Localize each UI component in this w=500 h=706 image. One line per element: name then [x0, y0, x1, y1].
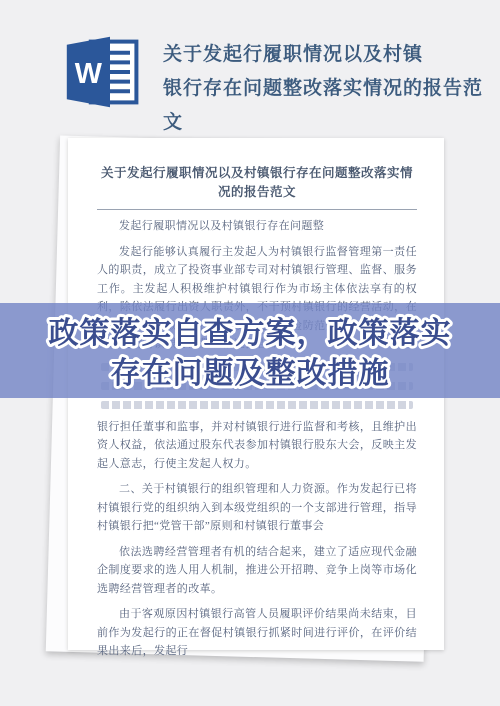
word-icon[interactable]: W — [62, 32, 142, 112]
headline-overlay-banner: 政策落实自查方案，政策落实 存在问题及整改措施 — [0, 303, 500, 398]
document-title: 关于发起行履职情况以及村镇银行存在问题整改落实情 况的报告范文 — [97, 164, 417, 202]
header-title-line1: 关于发起行履职情况以及村镇 — [163, 38, 498, 72]
title-divider — [97, 209, 417, 210]
obscured-line — [101, 401, 413, 409]
header-title[interactable]: 关于发起行履职情况以及村镇 银行存在问题整改落实情况的报告范文 — [163, 38, 498, 140]
word-icon-letter: W — [75, 58, 103, 90]
paragraph-lead: 发起行履职情况以及村镇银行存在问题整 — [97, 217, 417, 236]
paragraph-supervision: 银行担任董事和监事，并对村镇银行进行监督和考核，且维护出资人权益，依法通过股东代… — [97, 418, 417, 474]
header-title-line2: 银行存在问题整改落实情况的报告范文 — [163, 72, 498, 140]
paragraph-organization: 二、关于村镇银行的组织管理和人力资源。作为发起行已将村镇银行党的组织纳入到本级党… — [97, 480, 417, 536]
header: W 关于发起行履职情况以及村镇 银行存在问题整改落实情况的报告范文 — [0, 0, 500, 138]
overlay-headline-line2: 存在问题及整改措施 — [111, 356, 390, 391]
document-title-line2: 况的报告范文 — [97, 183, 417, 202]
document-title-line1: 关于发起行履职情况以及村镇银行存在问题整改落实情 — [97, 164, 417, 183]
overlay-headline-line1: 政策落实自查方案，政策落实 — [49, 316, 452, 351]
paragraph-hiring: 依法选聘经营管理者有机的结合起来，建立了适应现代金融企制度要求的选人用人机制，推… — [97, 543, 417, 599]
headline-overlay-text: 政策落实自查方案，政策落实 存在问题及整改措施 — [0, 303, 500, 398]
page-root: { "header": { "word_letter": "W", "title… — [0, 0, 500, 706]
paragraph-evaluation: 由于客观原因村镇银行高管人员履职评价结果尚未结束，目前作为发起行的正在督促村镇银… — [97, 605, 417, 661]
